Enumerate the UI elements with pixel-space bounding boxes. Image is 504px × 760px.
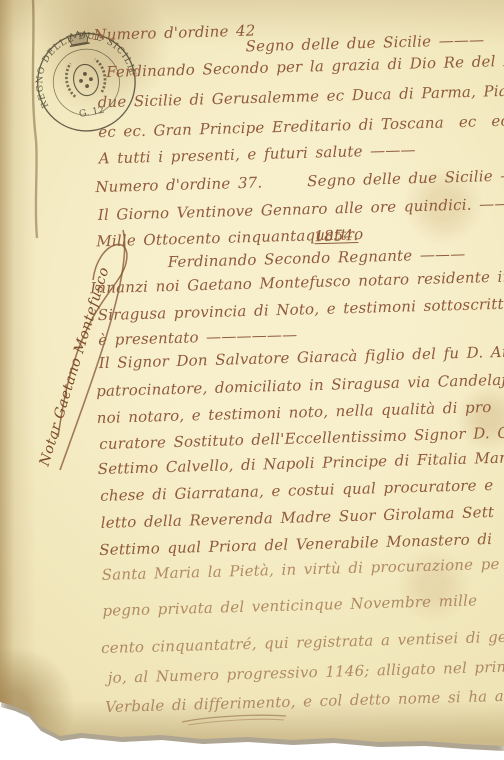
manuscript-line: Santa Maria la Pietà, in virtù di procur… <box>102 556 500 584</box>
manuscript-line: Settimo qual Priora del Venerabile Monas… <box>99 531 492 558</box>
manuscript-line: cento cinquantatré, qui registrata a ven… <box>101 628 504 657</box>
manuscript-line: noi notaro, e testimoni noto, nella qual… <box>97 399 492 427</box>
manuscript-line: Numero d'ordine 37. Segno delle due Sici… <box>95 167 504 196</box>
manuscript-line: Innanzi noi Gaetano Montefusco notaro re… <box>90 268 504 296</box>
photo-background: REGNO DELLE DUE SICILIE G. 12 Notar Gaet… <box>0 0 504 760</box>
manuscript-text: Numero d'ordine 42 Segno delle due Sicil… <box>0 0 504 760</box>
manuscript-line: Ferdinando Secondo per la grazia di Dio … <box>106 50 504 80</box>
manuscript-line: A tutti i presenti, e futuri salute ——— <box>99 142 416 167</box>
manuscript-page: REGNO DELLE DUE SICILIE G. 12 Notar Gaet… <box>0 0 504 760</box>
manuscript-line: chese di Giarratana, e costui qual procu… <box>100 477 494 504</box>
manuscript-line: Segno delle due Sicilie ——— <box>245 32 484 55</box>
manuscript-line: patrocinatore, domiciliato in Siragusa v… <box>96 371 504 400</box>
manuscript-line: ec ec. Gran Principe Ereditario di Tosca… <box>98 112 504 141</box>
manuscript-line: è presentato —————— <box>98 327 298 349</box>
manuscript-line: Settimo Calvello, di Napoli Principe di … <box>97 450 504 478</box>
manuscript-line: Il Giorno Ventinove Gennaro alle ore qui… <box>98 196 504 224</box>
manuscript-line: jo, al Numero progressivo 1146; alligato… <box>108 658 504 686</box>
manuscript-line: pegno privata del venticinque Novembre m… <box>102 592 477 619</box>
manuscript-line: Ferdinando Secondo Regnante ——— <box>168 246 466 271</box>
manuscript-line: curatore Sostituto dell'Eccellentissimo … <box>99 424 504 452</box>
manuscript-line: Siragusa provincia di Noto, e testimoni … <box>98 295 504 324</box>
manuscript-line: due Sicilie di Gerusalemme ec Duca di Pa… <box>97 81 504 111</box>
manuscript-date-underlined: 1854. <box>314 227 358 245</box>
manuscript-line: Numero d'ordine 42 <box>93 22 256 43</box>
manuscript-line: letto della Reverenda Madre Suor Girolam… <box>101 504 495 531</box>
